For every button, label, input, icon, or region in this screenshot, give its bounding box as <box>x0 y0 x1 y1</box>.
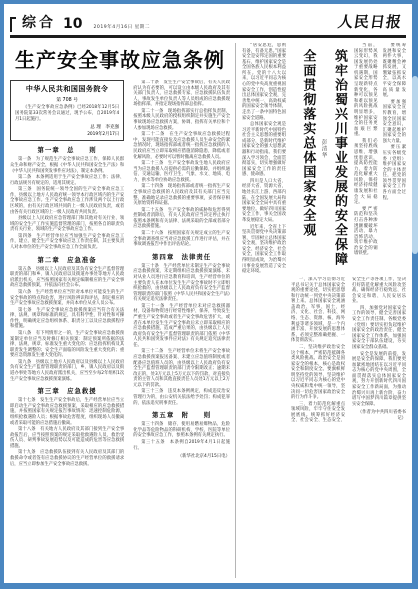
page-number: 10 <box>63 16 82 32</box>
body-paragraph: 第三十四条 储存、使用易燃易爆物品、危险化学品等危险物品的科研机构、学校、医院等… <box>133 422 230 439</box>
body-paragraph: 第二十五条 生产安全事故的威胁和危害得到控制或者消除后，有关人民政府应当决定停止… <box>133 208 230 230</box>
body-paragraph: 第三十三条 违反本条例规定，构成违反治安管理行为的，由公安机关依法给予处罚；构成… <box>133 389 230 406</box>
regulation-text-flow-1: 第一章 总 则第一条 为了规范生产安全事故应急工作，保障人民群众生命和财产安全，… <box>10 145 124 467</box>
body-paragraph: 第十七条 发生生产安全事故后，生产经营单位应当立即启动生产安全事故应急救援预案，… <box>10 398 124 426</box>
body-paragraph: 第一条 为了规范生产安全事故应急工作，保障人民群众生命和财产安全，根据《中华人民… <box>10 157 124 174</box>
body-paragraph: 第四条 生产经营单位应当加强生产安全事故应急工作，建立、健全生产安全事故应急工作… <box>10 234 124 251</box>
essay-column-a: “居安思危，思则有备，有备无患。”国家安全是安邦定国的重要基石，维护国家安全是全… <box>242 43 286 578</box>
newspaper-page: 综合 10 2019年4月16日 星期二 人民日报 生产安全事故应急条例 中华人… <box>4 4 412 583</box>
body-paragraph: 第二十条 发生生产安全事故后，有关人民政府认为有必要的，可以设立由本级人民政府及… <box>133 80 230 108</box>
regulation-column-1: 中华人民共和国国务院令 第 708 号 《生产安全事故应急条例》已经2018年1… <box>10 80 124 578</box>
body-paragraph: 第二十四条 现场指挥部或者统一指挥生产安全事故应急救援的人民政府及其有关部门应当… <box>133 184 230 206</box>
body-paragraph: 第三十五条 本条例自2019年4月1日起施行。 <box>133 440 230 451</box>
article-regulation: 生产安全事故应急条例 中华人民共和国国务院令 第 708 号 《生产安全事故应急… <box>10 43 236 578</box>
body-paragraph: 第九条 县级以上地方人民政府以及县级以上人民政府负有安全生产监督管理职责的部门，… <box>10 360 124 382</box>
essay-column-d: 要统筹发展和安全两件大事，既聚精会神抓发展，又绷紧弦抓安全，以高水平安全保障高质… <box>383 43 407 273</box>
date-line: 2019年4月16日 星期二 <box>93 24 149 32</box>
decree-box: 中华人民共和国国务院令 第 708 号 《生产安全事故应急条例》已经2018年1… <box>10 80 124 141</box>
regulation-column-2: 第二十条 发生生产安全事故后，有关人民政府认为有必要的，可以设立由本级人民政府及… <box>133 80 230 578</box>
body-paragraph: 县级以上人民政府应急管理部门和其他对有关行业、领域的安全生产工作实施监督管理的部… <box>10 216 124 233</box>
body-paragraph: 第二十二条 在生产安全事故应急救援过程中，发现可能直接危及应急救援人员生命安全的… <box>133 132 230 160</box>
chapter-heading: 第五章 附 则 <box>133 410 230 419</box>
essay-headline-line-2: 全面贯彻落实总体国家安全观 <box>298 49 318 273</box>
body-paragraph: 二、坚决维护政治安全这个根本，严密防范抵御各类风险挑战。政治安全是国家安全的根本… <box>291 345 345 401</box>
body-paragraph: 第三十条 生产经营单位未制定生产安全事故应急救援预案、未定期组织应急救援预案演练… <box>133 264 230 303</box>
body-paragraph: 要严密防范和坚决打击各种渗透颠覆破坏活动、暴力恐怖活动，筑牢维护政治安全的铜墙铁… <box>354 207 378 257</box>
body-paragraph: 第二条 本条例适用于生产安全事故应急工作；法律、行政法规另有规定的，适用其规定。 <box>10 175 124 186</box>
body-paragraph: 四川是人口大省、经济大省、资源大省，地处长江上游、西部内陆，在全国发展大局和国家… <box>242 179 286 224</box>
essay-main: 筑牢治蜀兴川事业发展的安全保障 彭清华 全面贯彻落实总体国家安全观 当前，国际形… <box>291 43 406 578</box>
body-paragraph: 近年来，全省上下坚决贯彻党中央决策部署，牢固树立总体国家安全观，坚决维护政治安全… <box>242 225 286 275</box>
essay-bottom-text: 一、深入学习贯彻习近平总书记关于总体国家安全观的重要论述，切实把思想和行动统一到… <box>291 277 406 424</box>
page-content: 生产安全事故应急条例 中华人民共和国国务院令 第 708 号 《生产安全事故应急… <box>10 38 406 578</box>
masthead-logo: 人民日报 <box>337 11 406 32</box>
body-paragraph: 第十九条 应急救援队伍接到有关人民政府及其部门的救援命令或者签有应急救援协议的生… <box>10 450 124 467</box>
body-paragraph: 安全是发展的前提，发展是安全的保障。我们要更加紧密地团结在以习近平同志为核心的党… <box>352 352 406 408</box>
body-paragraph: 要统筹发展和安全两件大事，既聚精会神抓发展，又绷紧弦抓安全，以高水平安全保障高质… <box>383 43 407 99</box>
article-security-essay: “居安思危，思则有备，有备无患。”国家安全是安邦定国的重要基石，维护国家安全是全… <box>242 43 406 578</box>
essay-top-row: 筑牢治蜀兴川事业发展的安全保障 彭清华 全面贯彻落实总体国家安全观 当前，国际形… <box>291 43 406 273</box>
chapter-heading: 第二章 应急准备 <box>10 255 124 264</box>
chapter-heading: 第四章 法律责任 <box>133 252 230 261</box>
body-paragraph: 第二十三条 生产安全事故发生地人民政府应当为应急救援人员提供必需的后勤保障，并组… <box>133 161 230 183</box>
regulation-headline: 生产安全事故应急条例 <box>10 44 230 73</box>
essay-byline: 彭清华 <box>317 49 329 273</box>
regulation-end-note: （新华社北京4月15日电） <box>133 453 230 459</box>
body-paragraph: 第二十一条 现场指挥部实行总指挥负责制，按照本级人民政府的授权组织制定并实施生产… <box>133 109 230 131</box>
body-paragraph: 一、深入学习贯彻习近平总书记关于总体国家安全观的重要论述，切实把思想和行动统一到… <box>291 277 345 344</box>
scrollbar-thumb[interactable] <box>412 76 418 254</box>
essay-bottom-columns: 一、深入学习贯彻习近平总书记关于总体国家安全观的重要论述，切实把思想和行动统一到… <box>291 277 406 578</box>
body-paragraph: 总体国家安全观是习近平新时代中国特色社会主义思想的重要组成部分，是新时代维护国家… <box>242 122 286 178</box>
body-paragraph: 第五条 县级以上人民政府及其负有安全生产监督管理职责的部门和乡、镇人民政府以及街… <box>10 267 124 289</box>
decree-body: 《生产安全事故应急条例》已经2018年12月5日国务院第33次常务会议通过，现予… <box>15 105 119 122</box>
page-header: 综合 10 2019年4月16日 星期二 人民日报 <box>10 9 406 34</box>
decree-signer: 总 理 李克强 <box>15 124 119 130</box>
essay-end-note: （作者为中共四川省委书记） <box>352 409 406 421</box>
body-paragraph: “居安思危，思则有备，有备无患。”国家安全是安邦定国的重要基石，维护国家安全是全… <box>242 43 286 121</box>
body-paragraph: 第三十二条 生产经营单位未将生产安全事故应急救援预案报送备案、未建立应急值班制度… <box>133 349 230 388</box>
regulation-columns: 中华人民共和国国务院令 第 708 号 《生产安全事故应急条例》已经2018年1… <box>10 80 230 578</box>
essay-vertical-headline: 筑牢治蜀兴川事业发展的安全保障 彭清华 全面贯彻落实总体国家安全观 <box>291 43 349 273</box>
body-paragraph: 要加强国家安全宣传教育，增强全民国家安全意识，汇聚起维护国家安全的强大力量。 <box>383 100 407 145</box>
essay-column-c: 当前，国际形势风云变幻，我国发展仍处于重要战略机遇期，国家安全形势呈现新特点新变… <box>354 43 378 273</box>
chapter-heading: 第一章 总 则 <box>10 145 124 154</box>
body-paragraph: 第十八条 有关地方人民政府及其部门接到生产安全事故报告后，应当按照预案的规定采取… <box>10 427 124 449</box>
regulation-text-flow-2: 第二十条 发生生产安全事故后，有关人民政府认为有必要的，可以设立由本级人民政府及… <box>133 80 230 451</box>
chapter-heading: 第三章 应急救援 <box>10 386 124 395</box>
body-paragraph: 当前，国际形势风云变幻，我国发展仍处于重要战略机遇期，国家安全形势呈现新特点新变… <box>354 43 378 138</box>
body-paragraph: 我们必须坚持底线思维、增强忧患意识，提高防控能力，着力防范化解重大风险，保持经济… <box>354 139 378 206</box>
body-paragraph: 第八条 有下列情形之一的，生产安全事故应急救援预案制定单位应当及时修订相关预案：… <box>10 331 124 359</box>
body-paragraph: 四、加强党对国家安全工作的领导，健全完善国家安全工作责任制。各级党委（党组）要切… <box>352 306 406 351</box>
body-paragraph: 第三条 国务院统一领导全国的生产安全事故应急工作，县级以上地方人民政府统一领导本… <box>10 187 124 215</box>
section-label: 综合 <box>22 12 56 32</box>
body-paragraph: 第三十一条 生产经营单位未对应急救援器材、设备和物资进行经常性维护、保养，导致发… <box>133 304 230 349</box>
body-paragraph: 第六条 生产经营单位应当针对本单位可能发生的生产安全事故的特点和危害，进行风险辨… <box>10 290 124 307</box>
section-bracket-icon <box>10 17 16 32</box>
browser-frame: 综合 10 2019年4月16日 星期二 人民日报 生产安全事故应急条例 中华人… <box>0 0 418 589</box>
essay-headline-line-1: 筑牢治蜀兴川事业发展的安全保障 <box>330 49 350 273</box>
body-paragraph: 要压紧压实各级党委（党组）维护国家安全的主体责任，把党的领导贯穿国家安全工作各方… <box>383 145 407 201</box>
decree-date: 2019年2月17日 <box>15 131 119 137</box>
decree-number: 第 708 号 <box>15 96 119 103</box>
body-paragraph: 第二十六条 按照国家有关规定成立的生产安全事故调查组应当对应急救援工作进行评估，… <box>133 231 230 248</box>
body-paragraph: 第七条 生产安全事故应急救援预案应当符合有关法律、法规、规章和标准的规定，具有科… <box>10 308 124 330</box>
decree-title: 中华人民共和国国务院令 <box>15 84 119 94</box>
